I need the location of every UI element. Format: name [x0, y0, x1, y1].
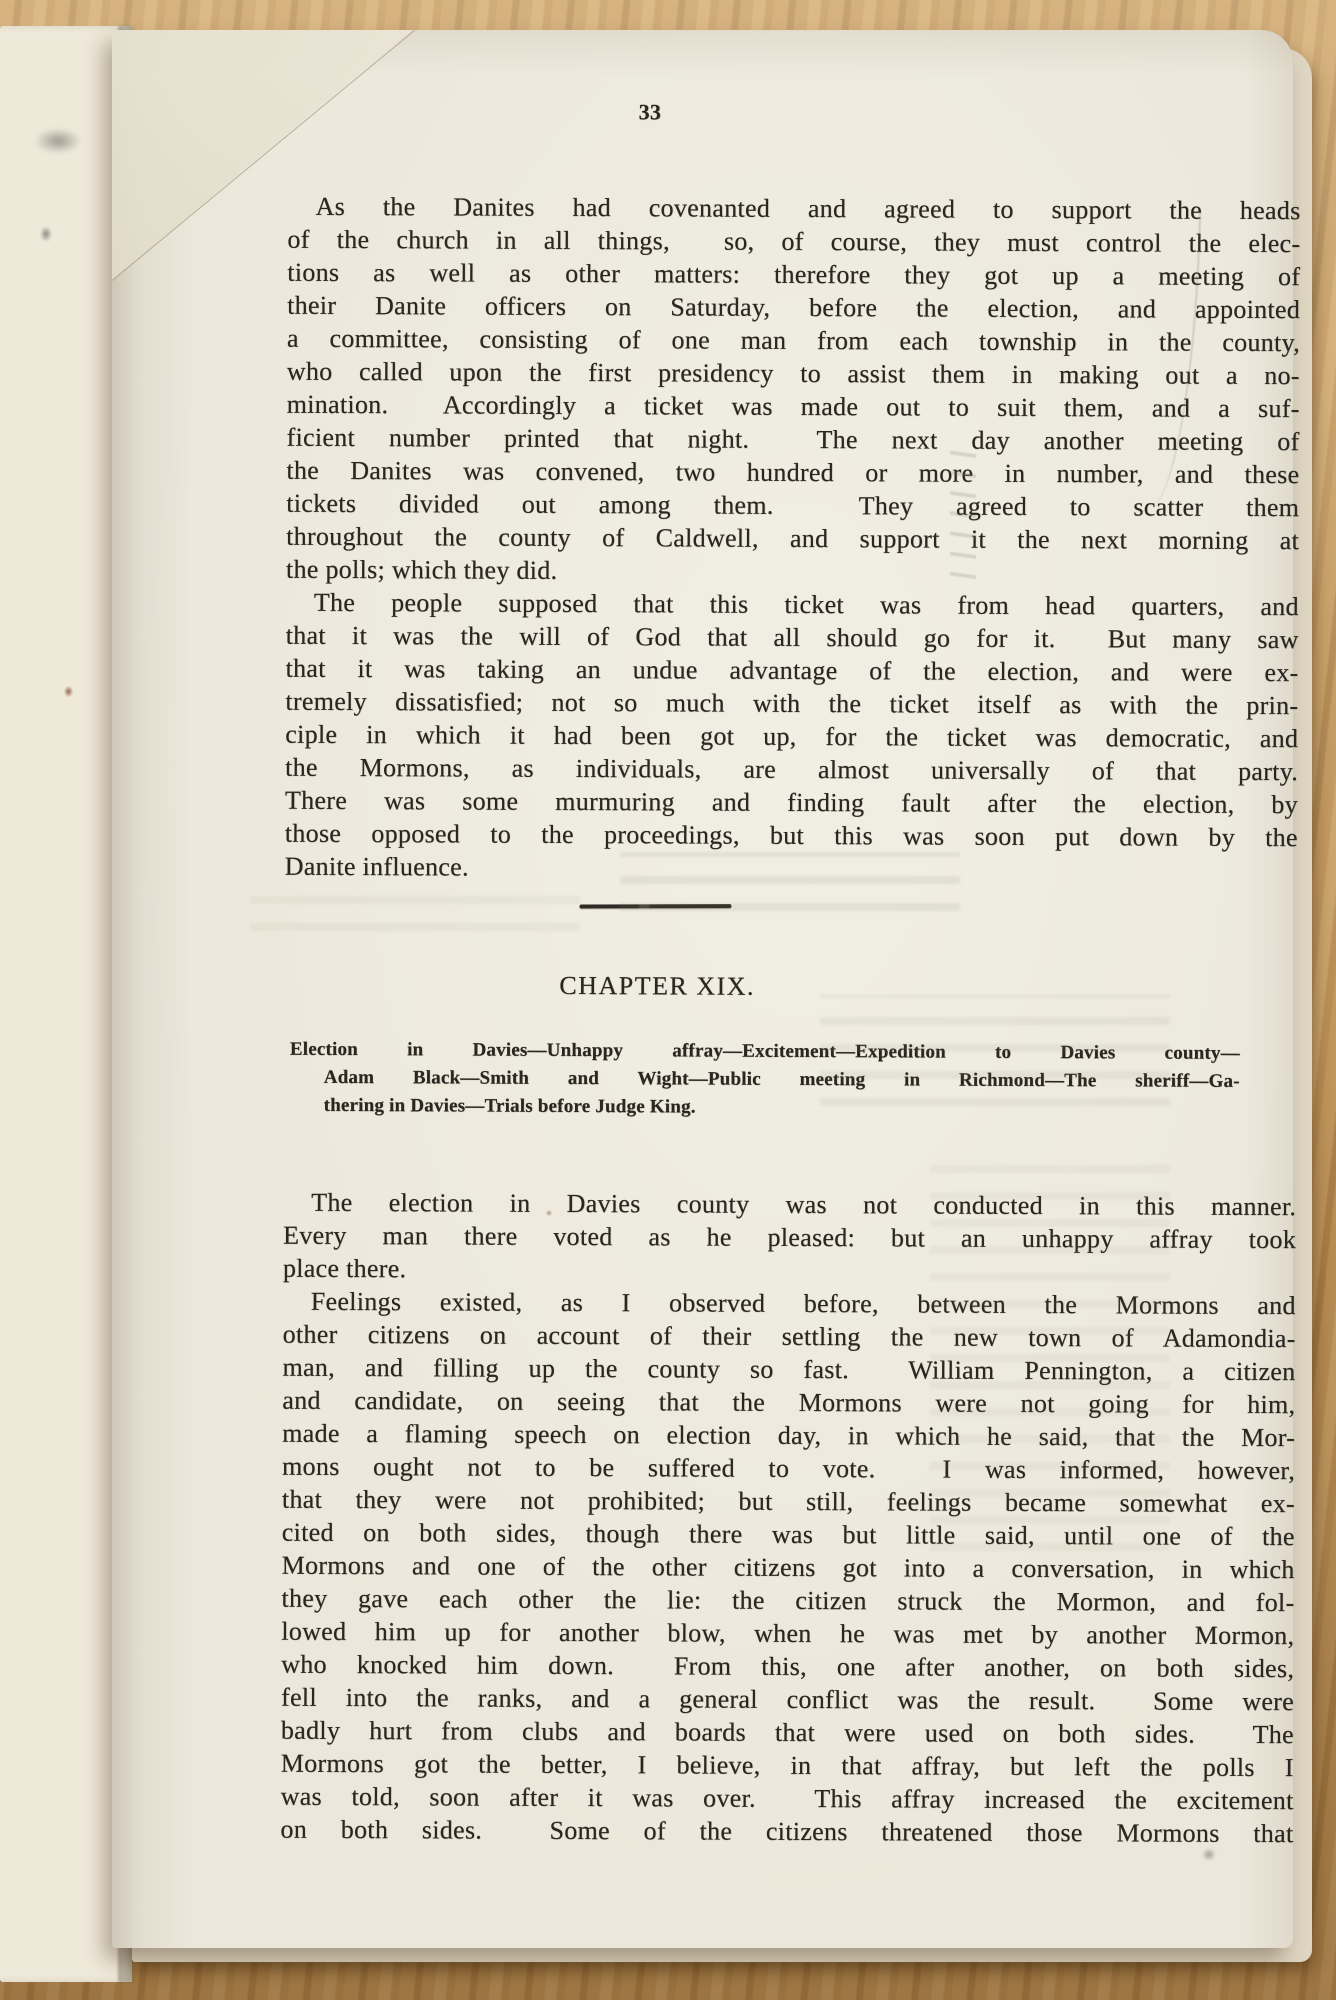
text-line: Mormons got the better, I believe, in th… — [281, 1747, 1294, 1784]
text-line: that it was the will of God that all sho… — [286, 619, 1299, 656]
paragraph-feelings-affray: Feelings existed, as I observed before, … — [280, 1285, 1295, 1850]
text-line: Every man there voted as he pleased: but… — [283, 1219, 1296, 1256]
text-line: fell into the ranks, and a general confl… — [281, 1681, 1294, 1718]
text-line: tions as well as other matters: therefor… — [287, 256, 1300, 293]
text-line: Danite influence. — [285, 850, 1298, 887]
text-line: Mormons and one of the other citizens go… — [282, 1549, 1295, 1586]
text-line: thering in Davies—Trials before Judge Ki… — [290, 1092, 1240, 1124]
paragraph-davies-election: The election in Davies county was not co… — [283, 1186, 1296, 1289]
text-line: those opposed to the proceedings, but th… — [285, 817, 1298, 854]
text-line: Adam Black—Smith and Wight—Public meetin… — [290, 1064, 1240, 1096]
text-line: mination. Accordingly a ticket was made … — [287, 388, 1300, 425]
page-content: 33 As the Danites had covenanted and agr… — [220, 57, 1336, 1980]
text-line: a committee, consisting of one man from … — [287, 322, 1300, 359]
text-line: man, and filling up the county so fast. … — [282, 1351, 1295, 1388]
text-line: tremely dissatisfied; not so much with t… — [285, 685, 1298, 722]
chapter-synopsis: Election in Davies—Unhappy affray—Excite… — [290, 1036, 1240, 1124]
text-line: ciple in which it had been got up, for t… — [285, 718, 1298, 755]
page-number: 33 — [580, 99, 720, 126]
text-line: lowed him up for another blow, when he w… — [281, 1615, 1294, 1652]
scanned-book-photo: { "colors": { "ink": "#2c2620", "paper":… — [0, 0, 1336, 2000]
text-line: The election in Davies county was not co… — [283, 1186, 1296, 1223]
text-line: made a flaming speech on election day, i… — [282, 1417, 1295, 1454]
book-page: 33 As the Danites had covenanted and agr… — [112, 30, 1293, 1948]
text-line: Election in Davies—Unhappy affray—Excite… — [290, 1036, 1240, 1068]
text-line: There was some murmuring and finding fau… — [285, 784, 1298, 821]
text-line: Feelings existed, as I observed before, … — [283, 1285, 1296, 1322]
section-divider-rule — [579, 904, 731, 908]
text-line: The people supposed that this ticket was… — [286, 586, 1299, 623]
text-line: who called upon the first presidency to … — [287, 355, 1300, 392]
text-line: who knocked him down. From this, one aft… — [281, 1648, 1294, 1685]
text-line: on both sides. Some of the citizens thre… — [280, 1813, 1293, 1850]
text-line: their Danite officers on Saturday, befor… — [287, 289, 1300, 326]
paragraph-danites-ticket: As the Danites had covenanted and agreed… — [286, 190, 1301, 590]
text-line: tickets divided out among them. They agr… — [286, 487, 1299, 524]
text-line: ficient number printed that night. The n… — [286, 421, 1299, 458]
text-line: the Danites was convened, two hundred or… — [286, 454, 1299, 491]
text-line: cited on both sides, though there was bu… — [282, 1516, 1295, 1553]
paragraph-people-supposed: The people supposed that this ticket was… — [285, 586, 1299, 887]
text-line: the Mormons, as individuals, are almost … — [285, 751, 1298, 788]
text-line: was told, soon after it was over. This a… — [281, 1780, 1294, 1817]
text-line: that it was taking an undue advantage of… — [285, 652, 1298, 689]
text-line: the polls; which they did. — [286, 553, 1299, 590]
text-line: that they were not prohibited; but still… — [282, 1483, 1295, 1520]
text-line: mons ought not to be suffered to vote. I… — [282, 1450, 1295, 1487]
text-line: As the Danites had covenanted and agreed… — [287, 190, 1300, 227]
text-line: badly hurt from clubs and boards that we… — [281, 1714, 1294, 1751]
text-line: throughout the county of Caldwell, and s… — [286, 520, 1299, 557]
text-line: other citizens on account of their settl… — [283, 1318, 1296, 1355]
text-line: of the church in all things, so, of cour… — [287, 223, 1300, 260]
text-line: place there. — [283, 1252, 1296, 1289]
text-line: they gave each other the lie: the citize… — [281, 1582, 1294, 1619]
chapter-heading: CHAPTER XIX. — [357, 970, 957, 1003]
text-line: and candidate, on seeing that the Mormon… — [282, 1384, 1295, 1421]
